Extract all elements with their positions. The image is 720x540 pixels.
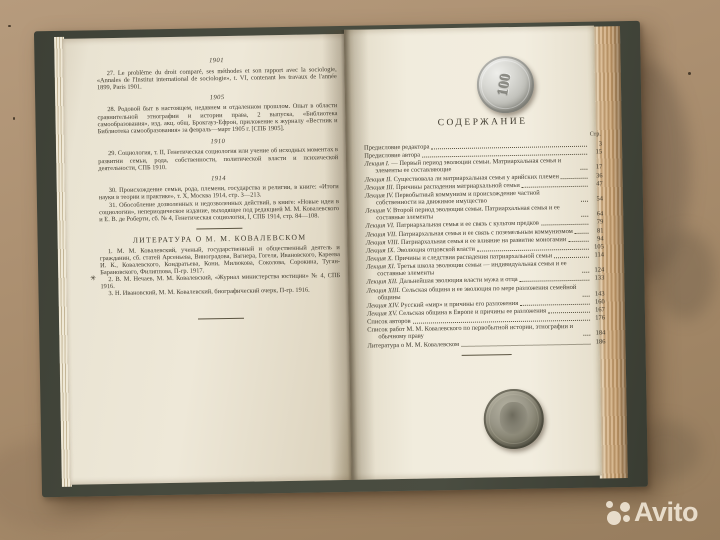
dot-leader (568, 240, 588, 241)
bibliography-column: ✳ 1901 27. Le problème du droit comparé,… (96, 50, 341, 327)
dot-leader (581, 201, 588, 202)
toc-entry-title: Предисловие редактора (364, 143, 430, 151)
dot-leader (582, 272, 589, 273)
toc-entry-title: Литература о М. М. Ковалевском (367, 341, 459, 350)
dot-leader (581, 216, 588, 217)
toc-page-number: 160 (592, 298, 605, 305)
toc-page-number: 3 (589, 140, 602, 147)
toc-page-number: 143 (592, 290, 605, 297)
dot-leader (583, 295, 590, 296)
toc-page-number: 105 (591, 243, 604, 250)
toc-page-number: 64 (590, 211, 603, 218)
year-heading: 1905 (97, 92, 337, 103)
toc-page-number: 15 (589, 149, 602, 156)
toc-page-number: 167 (592, 306, 605, 313)
dot-leader (522, 185, 588, 187)
toc-entry-text: Литература о М. М. Ковалевском (367, 341, 459, 350)
toc-lecture-label: Лекция II. (365, 176, 393, 183)
literature-entry: 1. М. М. Ковалевский, ученый, государств… (100, 244, 340, 277)
bibliography-entry: 27. Le problème du droit comparé, ses mé… (97, 66, 337, 91)
table-of-contents: СОДЕРЖАНИЕ Стр. Предисловие редактора 3 … (364, 117, 606, 357)
open-book: ✳ 1901 27. Le problème du droit comparé,… (32, 21, 652, 502)
avito-logo-icon (606, 500, 634, 528)
dot-leader (583, 335, 590, 336)
background-speck (688, 72, 691, 75)
bibliography-entry: 29. Социология, т. II, Генетическая соци… (98, 146, 338, 171)
toc-entry-text: Список авторов (367, 318, 411, 326)
toc-entry-title: Предисловие автора (364, 152, 420, 160)
toc-page-number: 79 (590, 219, 603, 226)
background-stain (655, 230, 715, 320)
toc-lecture-label: Лекция III. (365, 184, 395, 192)
toc-lecture-label: Лекция VII. (365, 231, 397, 239)
year-heading: 1914 (98, 173, 338, 184)
dot-leader (520, 303, 590, 305)
dot-leader (580, 169, 587, 170)
toc-page-number: 81 (590, 227, 603, 234)
toc-entry-title: — Первый период эволюции семьи. Матриарх… (375, 158, 561, 175)
toc-page-number: 36 (589, 172, 602, 179)
toc-entry-title: Первобытный коммунизм и происхождение ча… (376, 189, 540, 206)
dot-leader (541, 224, 588, 226)
year-heading: 1910 (98, 136, 338, 147)
dot-leader (554, 257, 589, 259)
dot-leader (561, 177, 588, 178)
toc-page-number: 124 (591, 267, 604, 274)
toc-lecture-label: Лекция X. (366, 255, 393, 262)
dot-leader (461, 343, 590, 346)
toc-page-number: 114 (591, 251, 604, 258)
photo-background: ✳ 1901 27. Le problème du droit comparé,… (0, 0, 720, 540)
toc-page-number: 133 (591, 275, 604, 282)
margin-mark: ✳ (90, 275, 96, 282)
toc-entry-title: Список авторов (367, 318, 411, 326)
bibliography-entry: 28. Родовой быт в настоящем, недавнем и … (97, 103, 337, 136)
toc-lecture-label: Лекция XV. (367, 310, 397, 318)
toc-lecture-label: Лекция XII. (366, 278, 398, 286)
dot-leader (548, 312, 590, 314)
toc-page-number: 94 (591, 235, 604, 242)
literature-heading: ЛИТЕРАТУРА О М. М. КОВАЛЕВСКОМ (100, 233, 340, 244)
toc-page-number: 17 (589, 164, 602, 171)
avito-watermark: Avito (606, 498, 698, 528)
silver-coin: 100 (476, 56, 534, 114)
toc-lecture-label: Лекция IX. (366, 247, 395, 255)
dot-leader (575, 232, 589, 233)
toc-lecture-label: Лекция VIII. (366, 239, 400, 247)
toc-page-number: 184 (592, 330, 605, 337)
toc-entry-text: Предисловие редактора (364, 143, 430, 151)
toc-page-number: 186 (592, 338, 605, 345)
background-speck (13, 117, 15, 120)
divider-rule (196, 228, 242, 230)
year-heading: 1901 (96, 55, 336, 66)
toc-page-number: 47 (590, 180, 603, 187)
background-speck (8, 25, 11, 27)
coin-denomination: 100 (473, 52, 538, 117)
bibliography-entry: 31. Обособление дозволенных и недозволен… (99, 198, 339, 223)
toc-lecture-label: Лекция XIV. (367, 302, 399, 310)
toc-entry-title: Второй период эволюции семьи. Патриархал… (376, 204, 560, 221)
divider-rule (198, 317, 244, 319)
toc-page-number: 54 (590, 195, 603, 202)
toc-lecture-label: Лекция VI. (365, 222, 394, 230)
avito-wordmark: Avito (634, 498, 698, 526)
toc-page-number: 176 (592, 315, 605, 322)
toc-entry-text: Предисловие автора (364, 152, 420, 160)
toc-entry-title: Эволюция отцовской власти (397, 246, 475, 254)
dot-leader (520, 280, 590, 282)
